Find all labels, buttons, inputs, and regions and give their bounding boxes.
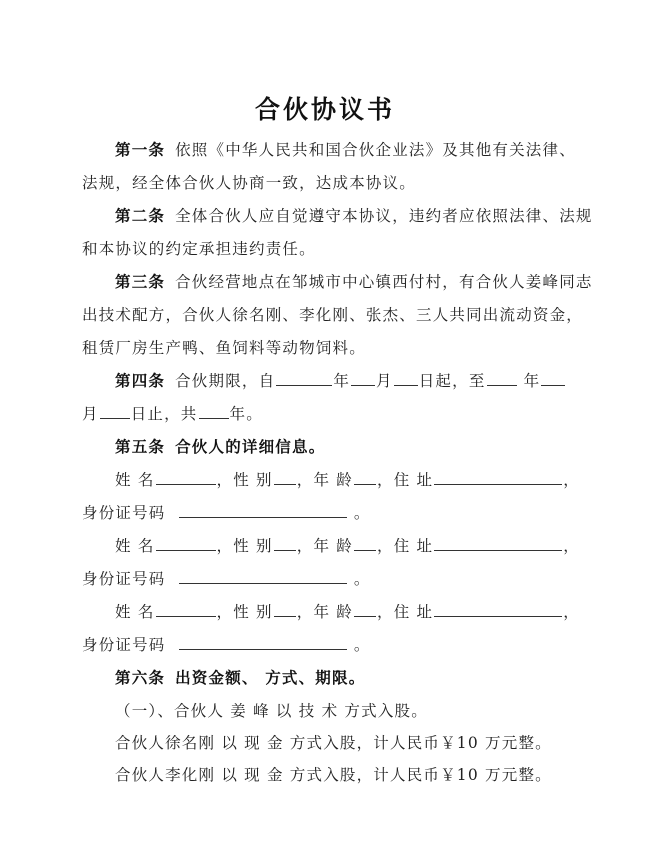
- end-year-blank[interactable]: [487, 369, 517, 386]
- partner-1-address-field[interactable]: [434, 468, 562, 485]
- article-6-label: 第六条: [115, 668, 165, 687]
- article-5-heading: 第五条合伙人的详细信息。: [115, 435, 605, 459]
- article-6-line-1: （一）、合伙人 姜 峰 以 技 术 方式入股。: [115, 699, 605, 723]
- partner-1-gender-field[interactable]: [274, 468, 296, 485]
- end-day-blank[interactable]: [100, 402, 130, 419]
- start-day-blank[interactable]: [394, 369, 418, 386]
- article-4-label: 第四条: [115, 371, 165, 390]
- article-3-label: 第三条: [115, 272, 165, 291]
- age-label: ，年 龄: [297, 537, 353, 555]
- partner-2-id: 身份证号码 。: [82, 567, 572, 591]
- article-1-label: 第一条: [115, 140, 165, 159]
- years-end-label: 年。: [230, 405, 263, 423]
- month2-label: 月: [82, 405, 99, 423]
- article-5-heading-text: 合伙人的详细信息。: [175, 437, 325, 456]
- article-6-heading: 第六条出资金额、 方式、期限。: [115, 666, 605, 690]
- id-number-label: 身份证号码: [82, 570, 166, 588]
- end-month-blank[interactable]: [541, 369, 565, 386]
- gender-label: ，性 别: [217, 603, 273, 621]
- period: 。: [354, 570, 371, 588]
- day-to-label: 日止，共: [131, 405, 198, 423]
- partner-2-address-field[interactable]: [434, 534, 562, 551]
- year-label: 年: [333, 372, 350, 390]
- partner-3-info: 姓 名，性 别，年 龄，住 址，: [115, 600, 605, 624]
- article-6-line-3: 合伙人李化刚 以 现 金 方式入股，计人民币￥10 万元整。: [115, 763, 605, 787]
- name-label: 姓 名: [115, 603, 155, 621]
- comma: ，: [563, 603, 580, 621]
- document-page: 合伙协议书 第一条依照《中华人民共和国合伙企业法》及其他有关法律、 法规，经全体…: [0, 0, 650, 863]
- partner-3-id-field[interactable]: [179, 633, 347, 650]
- gender-label: ，性 别: [217, 471, 273, 489]
- article-4-line-2: 月日止，共年。: [82, 402, 572, 426]
- article-2-text: 全体合伙人应自觉遵守本协议，违约者应依照法律、法规: [175, 207, 593, 225]
- partner-3-age-field[interactable]: [354, 600, 376, 617]
- day-from-label: 日起，至: [419, 372, 486, 390]
- partner-2-info: 姓 名，性 别，年 龄，住 址，: [115, 534, 605, 558]
- partner-1-name-field[interactable]: [156, 468, 216, 485]
- article-3-line-2: 出技术配方，合伙人徐名刚、李化刚、张杰、三人共同出流动资金，: [82, 303, 572, 327]
- article-4-line-1: 第四条合伙期限，自年月日起，至 年: [115, 369, 605, 393]
- address-label: ，住 址: [377, 537, 433, 555]
- age-label: ，年 龄: [297, 471, 353, 489]
- article-6-line-2: 合伙人徐名刚 以 现 金 方式入股，计人民币￥10 万元整。: [115, 731, 605, 755]
- address-label: ，住 址: [377, 603, 433, 621]
- article-5-label: 第五条: [115, 437, 165, 456]
- article-2-line-2: 和本协议的约定承担违约责任。: [82, 237, 572, 261]
- partner-2-age-field[interactable]: [354, 534, 376, 551]
- partner-1-age-field[interactable]: [354, 468, 376, 485]
- comma: ，: [563, 471, 580, 489]
- article-2-line-1: 第二条全体合伙人应自觉遵守本协议，违约者应依照法律、法规: [115, 204, 605, 228]
- partner-3-id: 身份证号码 。: [82, 633, 572, 657]
- article-2-label: 第二条: [115, 206, 165, 225]
- total-years-blank[interactable]: [199, 402, 229, 419]
- partner-3-gender-field[interactable]: [274, 600, 296, 617]
- start-month-blank[interactable]: [351, 369, 375, 386]
- article-3-line-3: 租赁厂房生产鸭、鱼饲料等动物饲料。: [82, 336, 572, 360]
- partner-2-id-field[interactable]: [179, 567, 347, 584]
- comma: ，: [563, 537, 580, 555]
- gender-label: ，性 别: [217, 537, 273, 555]
- partner-2-name-field[interactable]: [156, 534, 216, 551]
- article-6-heading-text: 出资金额、 方式、期限。: [175, 668, 365, 687]
- period: 。: [354, 504, 371, 522]
- article-3-line-1: 第三条合伙经营地点在邹城市中心镇西付村，有合伙人姜峰同志: [115, 270, 605, 294]
- address-label: ，住 址: [377, 471, 433, 489]
- article-3-text: 合伙经营地点在邹城市中心镇西付村，有合伙人姜峰同志: [175, 273, 593, 291]
- month-label: 月: [376, 372, 393, 390]
- start-year-blank[interactable]: [276, 369, 332, 386]
- document-title: 合伙协议书: [0, 90, 650, 126]
- partner-2-gender-field[interactable]: [274, 534, 296, 551]
- partner-1-id: 身份证号码 。: [82, 501, 572, 525]
- age-label: ，年 龄: [297, 603, 353, 621]
- partner-1-id-field[interactable]: [179, 501, 347, 518]
- partner-1-info: 姓 名，性 别，年 龄，住 址，: [115, 468, 605, 492]
- year2-label: 年: [524, 372, 541, 390]
- article-1-line-2: 法规，经全体合伙人协商一致，达成本协议。: [82, 171, 572, 195]
- name-label: 姓 名: [115, 471, 155, 489]
- period: 。: [354, 636, 371, 654]
- partner-3-address-field[interactable]: [434, 600, 562, 617]
- name-label: 姓 名: [115, 537, 155, 555]
- id-number-label: 身份证号码: [82, 504, 166, 522]
- partner-3-name-field[interactable]: [156, 600, 216, 617]
- id-number-label: 身份证号码: [82, 636, 166, 654]
- article-4-intro: 合伙期限，自: [175, 372, 275, 390]
- article-1-text: 依照《中华人民共和国合伙企业法》及其他有关法律、: [175, 141, 576, 159]
- article-1-line-1: 第一条依照《中华人民共和国合伙企业法》及其他有关法律、: [115, 138, 605, 162]
